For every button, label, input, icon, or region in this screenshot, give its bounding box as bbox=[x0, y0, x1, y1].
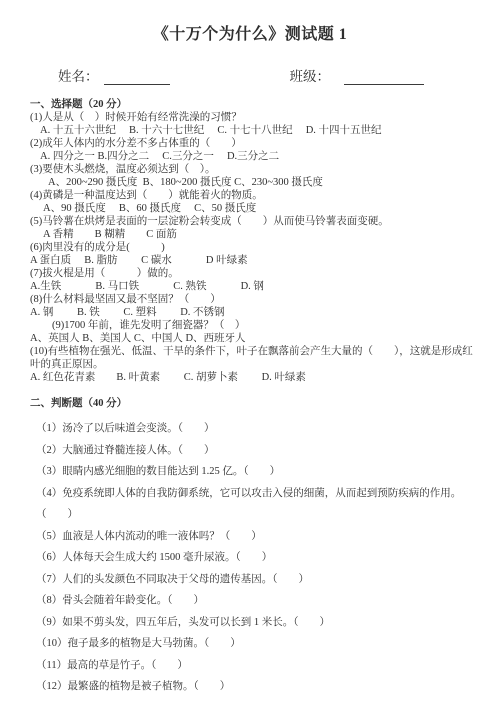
choice-q1-options: A. 十五十六世纪 B. 十六十七世纪 C. 十七十八世纪 D. 十四十五世纪 bbox=[30, 124, 474, 137]
page-title: 《十万个为什么》测试题 1 bbox=[0, 0, 500, 45]
judge-item-3: （3）眼睛内感光细胞的数目能达到 1.25 亿。（ ） bbox=[30, 461, 474, 483]
judge-item-7: （7）人们的头发颜色不同取决于父母的遗传基因。（ ） bbox=[30, 569, 474, 591]
judge-list: （1）汤冷了以后味道会变淡。（ ） （2）大脑通过脊髓连接人体。（ ） （3）眼… bbox=[30, 418, 474, 698]
judge-item-6: （6）人体每天会生成大约 1500 毫升尿液。（ ） bbox=[30, 547, 474, 569]
paper-body: 一、选择题（20 分） (1)人是从（ ）时候开始有经常洗澡的习惯？ A. 十五… bbox=[0, 98, 500, 698]
choice-section-heading: 一、选择题（20 分） bbox=[30, 98, 474, 111]
judge-item-12: （12）最繁盛的植物是被子植物。（ ） bbox=[30, 676, 474, 698]
choice-q5-text: (5)马铃薯在烘烤是表面的一层淀粉会转变成（ ）从而使马铃薯表面变硬。 bbox=[30, 215, 474, 228]
test-paper-page: 《十万个为什么》测试题 1 姓名： 班级： 一、选择题（20 分） (1)人是从… bbox=[0, 0, 500, 707]
choice-q10-options: A. 红色花青素 B. 叶黄素 C. 胡萝卜素 D. 叶绿素 bbox=[30, 371, 474, 384]
choice-q3-text: (3)要使木头燃烧，温度必须达到（ ）。 bbox=[30, 163, 474, 176]
name-blank-line bbox=[104, 70, 170, 85]
choice-q6-options: A 蛋白质 B. 脂肪 C 碳水 D 叶绿素 bbox=[30, 254, 474, 267]
class-blank-line bbox=[344, 70, 424, 85]
choice-q10-text: (10)有些植物在强光、低温、干旱的条件下，叶子在飘落前会产生大量的（ ），这就… bbox=[30, 345, 474, 371]
choice-q7-text: (7)拔火棍是用（ ）做的。 bbox=[30, 267, 474, 280]
choice-q8-text: (8)什么材料最坚固又最不坚固？（ ） bbox=[30, 293, 474, 306]
choice-q2-options: A. 四分之一 B.四分之二 C.三分之一 D.三分之二 bbox=[30, 150, 474, 163]
judge-item-2: （2）大脑通过脊髓连接人体。（ ） bbox=[30, 440, 474, 462]
choice-q8-options: A. 钢 B. 铁 C. 塑料 D. 不锈钢 bbox=[30, 306, 474, 319]
name-label: 姓名： bbox=[58, 68, 99, 85]
judge-item-11: （11）最高的草是竹子。（ ） bbox=[30, 655, 474, 677]
judge-section-heading: 二、判断题（40 分） bbox=[30, 397, 474, 410]
choice-q9-text: (9)1700 年前，谁先发明了细瓷器？（ ） bbox=[30, 319, 474, 332]
choice-q5-options: A 香精 B 糊精 C 面筋 bbox=[30, 228, 474, 241]
choice-q4-text: (4)黄磷是一种温度达到（ ）就能着火的物质。 bbox=[30, 189, 474, 202]
name-field-group: 姓名： bbox=[58, 68, 170, 85]
choice-q4-options: A、90 摄氏度 B、60 摄氏度 C、50 摄氏度 bbox=[30, 202, 474, 215]
choice-q2-text: (2)成年人体内的水分差不多占体重的（ ） bbox=[30, 137, 474, 150]
judge-item-9: （9）如果不剪头发，四五年后，头发可以长到 1 米长。（ ） bbox=[30, 612, 474, 634]
choice-q9-options: A、英国人 B、美国人 C、中国人 D、西班牙人 bbox=[30, 332, 474, 345]
choice-q6-text: (6)肉里没有的成分是( ) bbox=[30, 241, 474, 254]
judge-item-4: （4）免疫系统即人体的自我防御系统，它可以攻击入侵的细菌，从而起到预防疾病的作用… bbox=[30, 483, 474, 526]
judge-item-10: （10）孢子最多的植物是大马勃菌。（ ） bbox=[30, 633, 474, 655]
judge-item-5: （5）血液是人体内流动的唯一液体吗？（ ） bbox=[30, 526, 474, 548]
identity-row: 姓名： 班级： bbox=[0, 68, 500, 85]
class-field-group: 班级： bbox=[290, 68, 425, 85]
judge-item-8: （8）骨头会随着年龄变化。（ ） bbox=[30, 590, 474, 612]
choice-q7-options: A.生铁 B. 马口铁 C. 熟铁 D. 钢 bbox=[30, 280, 474, 293]
choice-q1-text: (1)人是从（ ）时候开始有经常洗澡的习惯？ bbox=[30, 111, 474, 124]
class-label: 班级： bbox=[290, 68, 331, 85]
choice-q3-options: A、200~290 摄氏度 B、180~200 摄氏度 C、230~300 摄氏… bbox=[30, 176, 474, 189]
judge-item-1: （1）汤冷了以后味道会变淡。（ ） bbox=[30, 418, 474, 440]
